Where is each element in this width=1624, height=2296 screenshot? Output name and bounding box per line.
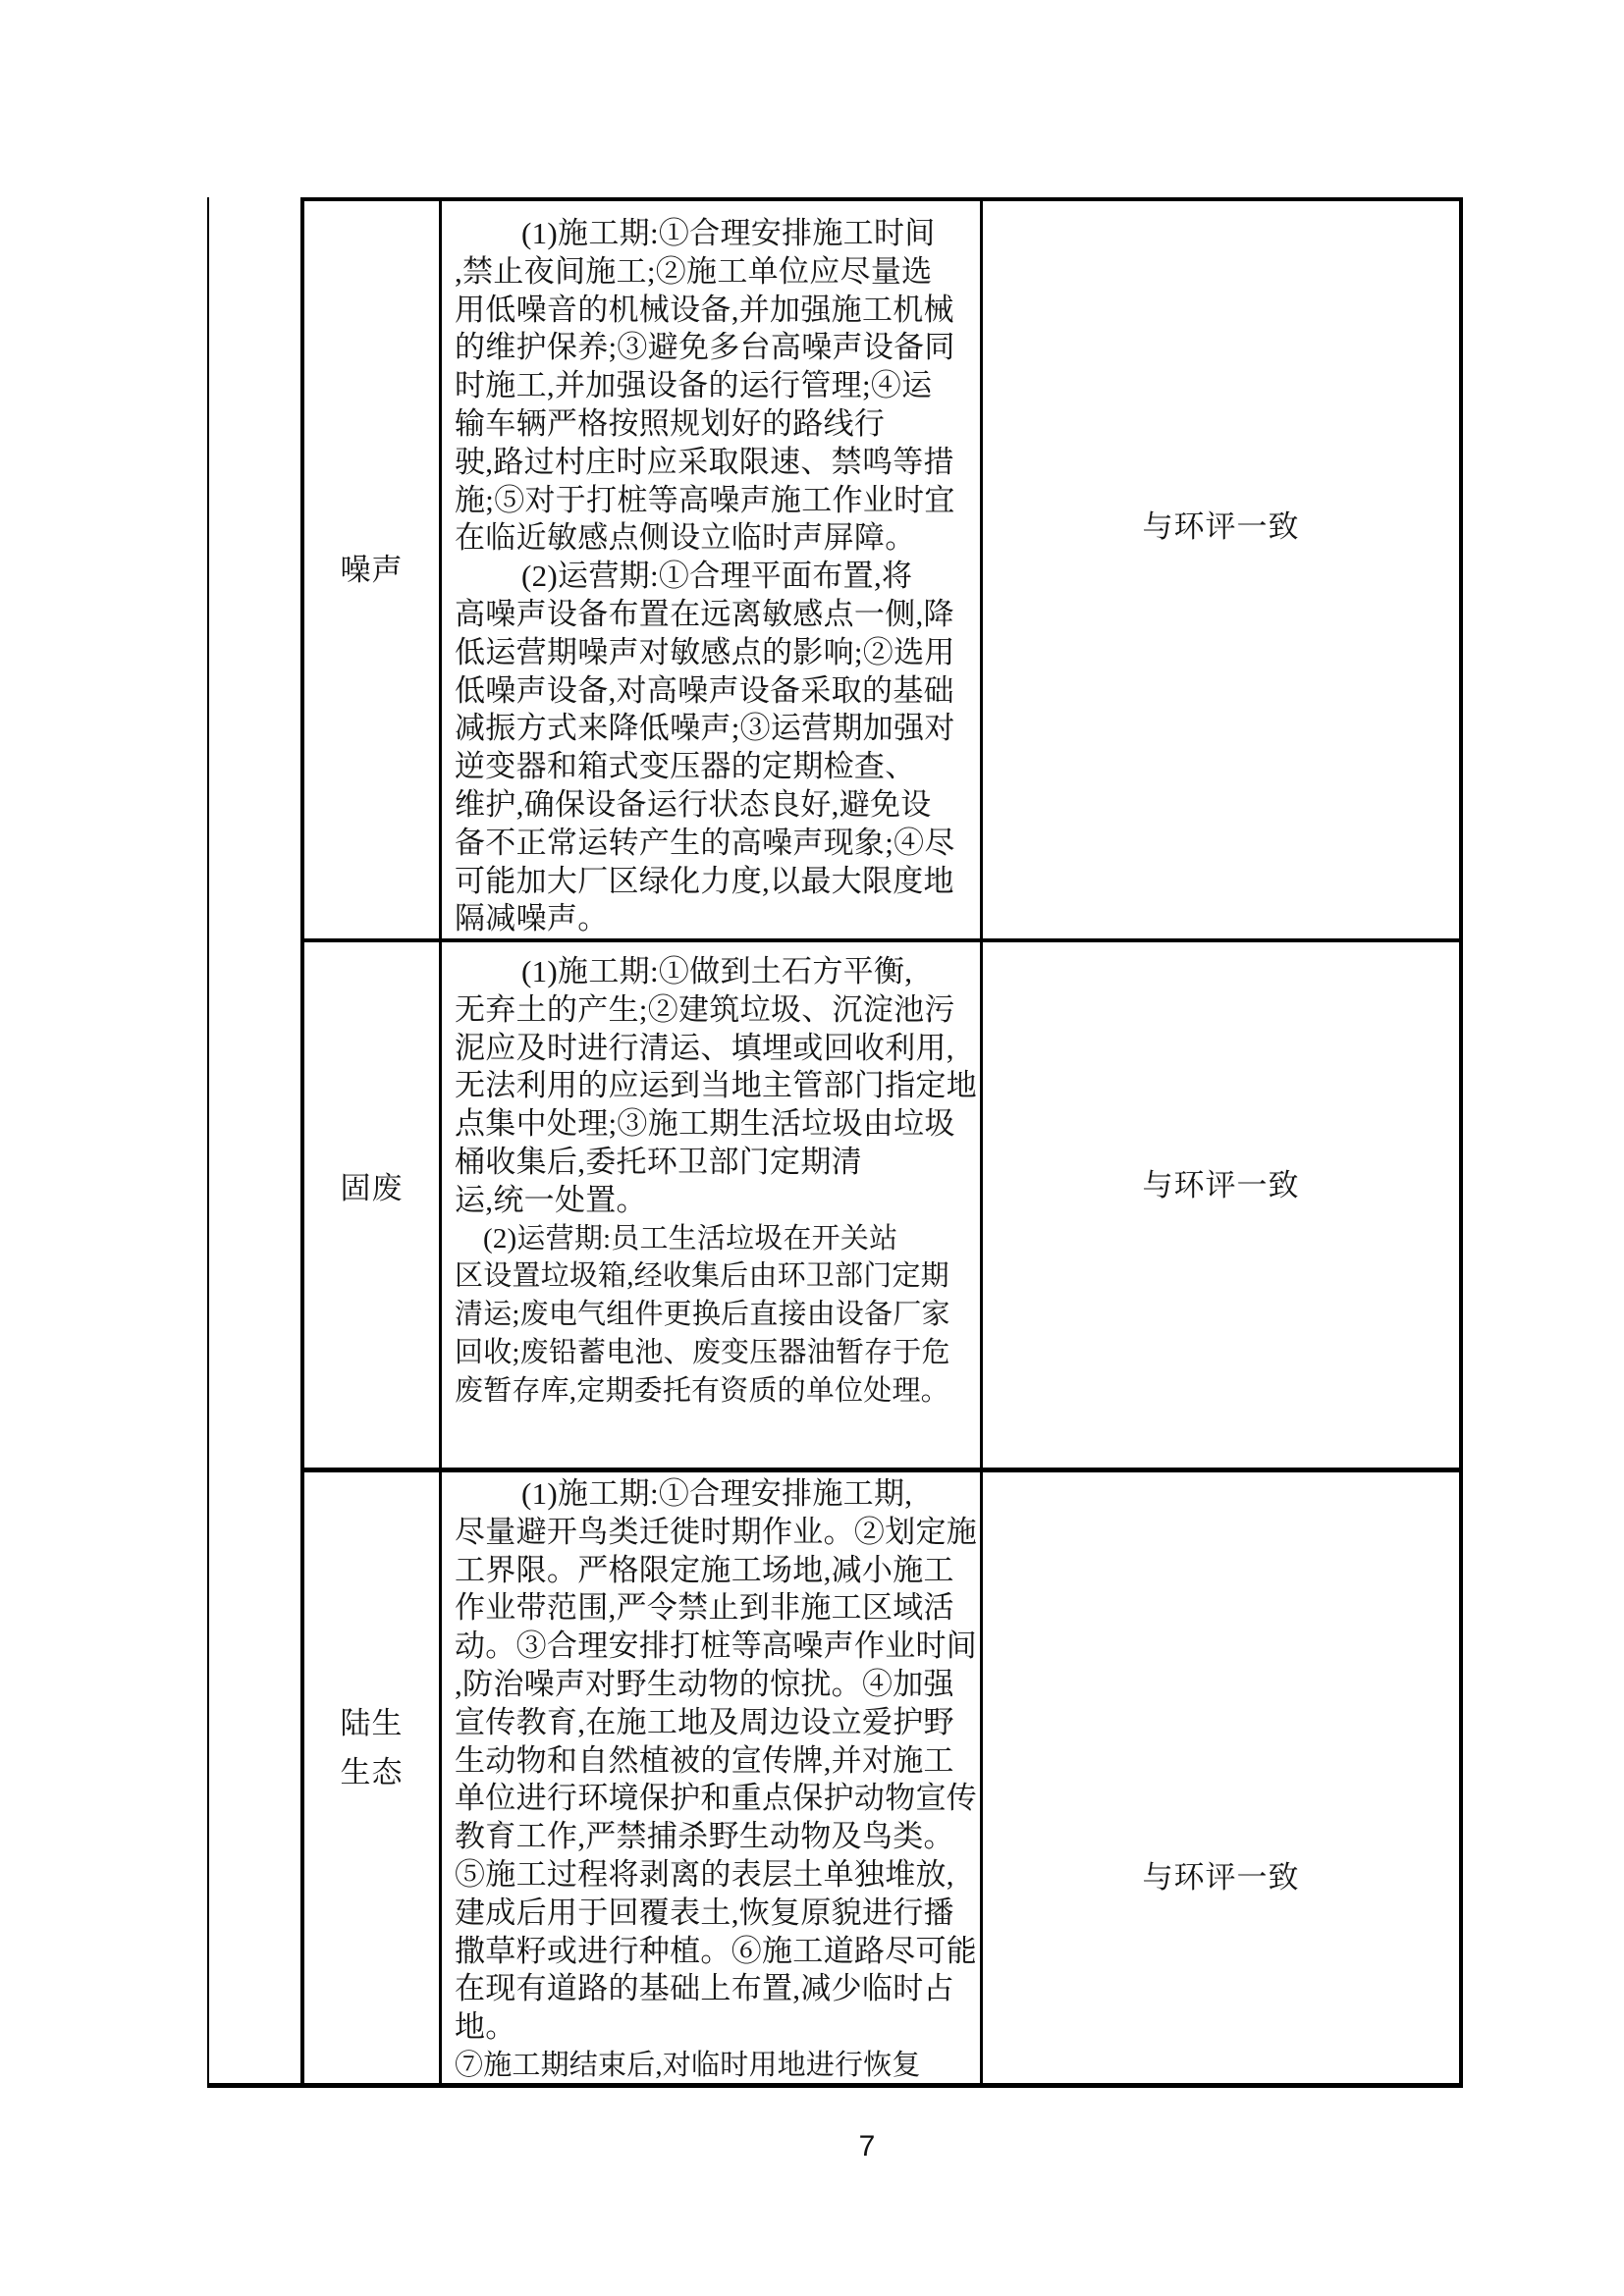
- table-border-bottom: [207, 2083, 1463, 2088]
- category-cell-solid-waste: 固废: [304, 926, 439, 1451]
- text-line: 生态: [341, 1748, 404, 1797]
- text-line: 备不正常运转产生的高噪声现象;④尽: [455, 825, 972, 863]
- measures-cell-ecology: (1)施工期:①合理安排施工期,尽量避开鸟类迁徙时期作业。②划定施工界限。严格限…: [442, 1472, 980, 2083]
- text-line: 点集中处理;③施工期生活垃圾由垃圾: [455, 1105, 972, 1144]
- text-line: 宣传教育,在施工地及周边设立爱护野: [455, 1704, 972, 1742]
- category-cell-noise: 噪声: [304, 201, 439, 938]
- conformity-text: 与环评一致: [983, 1167, 1459, 1204]
- conformity-cell-solid-waste: 与环评一致: [983, 942, 1459, 1468]
- text-line: 驶,路过村庄时应采取限速、禁鸣等措: [455, 444, 972, 482]
- text-line: 泥应及时进行清运、填埋或回收利用,: [455, 1030, 972, 1068]
- text-line: 动。③合理安排打桩等高噪声作业时间: [455, 1628, 972, 1666]
- text-line: 低噪声设备,对高噪声设备采取的基础: [455, 672, 972, 711]
- table-border-left-thin: [207, 197, 209, 2088]
- text-line: 时施工,并加强设备的运行管理;④运: [455, 367, 972, 405]
- text-line: 低运营期噪声对敏感点的影响;②选用: [455, 634, 972, 672]
- text-line: 单位进行环境保护和重点保护动物宣传: [455, 1780, 972, 1818]
- text-line: 生动物和自然植被的宣传牌,并对施工: [455, 1742, 972, 1781]
- text-line: (2)运营期:①合理平面布置,将: [455, 558, 972, 596]
- text-line: 区设置垃圾箱,经收集后由环卫部门定期: [455, 1257, 972, 1296]
- text-line: 施;⑤对于打桩等高噪声施工作业时宜: [455, 482, 972, 520]
- text-line: 高噪声设备布置在远离敏感点一侧,降: [455, 596, 972, 634]
- conformity-text: 与环评一致: [983, 1859, 1459, 1896]
- document-page: 噪声 (1)施工期:①合理安排施工时间,禁止夜间施工;②施工单位应尽量选用低噪音…: [0, 0, 1624, 2296]
- measures-cell-solid-waste: (1)施工期:①做到土石方平衡,无弃土的产生;②建筑垃圾、沉淀池污泥应及时进行清…: [442, 942, 980, 1468]
- text-line: 回收;废铅蓄电池、废变压器油暂存于危: [455, 1334, 972, 1372]
- text-line: 维护,确保设备运行状态良好,避免设: [455, 786, 972, 825]
- text-line: 固废: [341, 1164, 404, 1213]
- text-line: 在现有道路的基础上布置,减少临时占: [455, 1970, 972, 2008]
- text-line: 逆变器和箱式变压器的定期检查、: [455, 748, 972, 786]
- text-line: (1)施工期:①做到土石方平衡,: [455, 953, 972, 991]
- category-cell-ecology: 陆生生态: [304, 1443, 439, 2054]
- text-line: 输车辆严格按照规划好的路线行: [455, 405, 972, 444]
- text-line: 作业带范围,严令禁止到非施工区域活: [455, 1589, 972, 1628]
- conformity-cell-noise: 与环评一致: [983, 201, 1459, 938]
- text-line: 在临近敏感点侧设立临时声屏障。: [455, 519, 972, 558]
- text-line: (1)施工期:①合理安排施工期,: [455, 1475, 972, 1514]
- text-line: 的维护保养;③避免多台高噪声设备同: [455, 329, 972, 367]
- text-line: 清运;废电气组件更换后直接由设备厂家: [455, 1296, 972, 1334]
- text-line: 运,统一处置。: [455, 1182, 972, 1220]
- text-line: 减振方式来降低噪声;③运营期加强对: [455, 710, 972, 748]
- text-line: ⑦施工期结束后,对临时用地进行恢复: [455, 2047, 972, 2083]
- text-line: (2)运营期:员工生活垃圾在开关站: [455, 1220, 972, 1258]
- measures-cell-noise: (1)施工期:①合理安排施工时间,禁止夜间施工;②施工单位应尽量选用低噪音的机械…: [442, 201, 980, 938]
- text-line: (1)施工期:①合理安排施工时间: [455, 215, 972, 253]
- text-line: 可能加大厂区绿化力度,以最大限度地: [455, 863, 972, 901]
- text-line: 陆生: [341, 1699, 404, 1748]
- text-line: 地。: [455, 2008, 972, 2047]
- text-line: 无法利用的应运到当地主管部门指定地: [455, 1067, 972, 1105]
- page-number: 7: [847, 2130, 887, 2163]
- text-line: ,禁止夜间施工;②施工单位应尽量选: [455, 253, 972, 292]
- text-line: 无弃土的产生;②建筑垃圾、沉淀池污: [455, 991, 972, 1030]
- conformity-text: 与环评一致: [983, 508, 1459, 546]
- text-line: 噪声: [341, 546, 404, 595]
- text-line: 废暂存库,定期委托有资质的单位处理。: [455, 1372, 972, 1411]
- text-line: 隔减噪声。: [455, 900, 972, 938]
- text-line: 工界限。严格限定施工场地,减小施工: [455, 1552, 972, 1590]
- text-line: ⑤施工过程将剥离的表层土单独堆放,: [455, 1856, 972, 1895]
- text-line: 桶收集后,委托环卫部门定期清: [455, 1144, 972, 1182]
- conformity-cell-ecology: 与环评一致: [983, 1472, 1459, 2083]
- text-line: 教育工作,严禁捕杀野生动物及鸟类。: [455, 1818, 972, 1856]
- text-line: 撒草籽或进行种植。⑥施工道路尽可能: [455, 1933, 972, 1971]
- text-line: ,防治噪声对野生动物的惊扰。④加强: [455, 1666, 972, 1704]
- text-line: 用低噪音的机械设备,并加强施工机械: [455, 292, 972, 330]
- text-line: 建成后用于回覆表土,恢复原貌进行播: [455, 1895, 972, 1933]
- text-line: 尽量避开鸟类迁徙时期作业。②划定施: [455, 1514, 972, 1552]
- table-border-right: [1459, 197, 1463, 2088]
